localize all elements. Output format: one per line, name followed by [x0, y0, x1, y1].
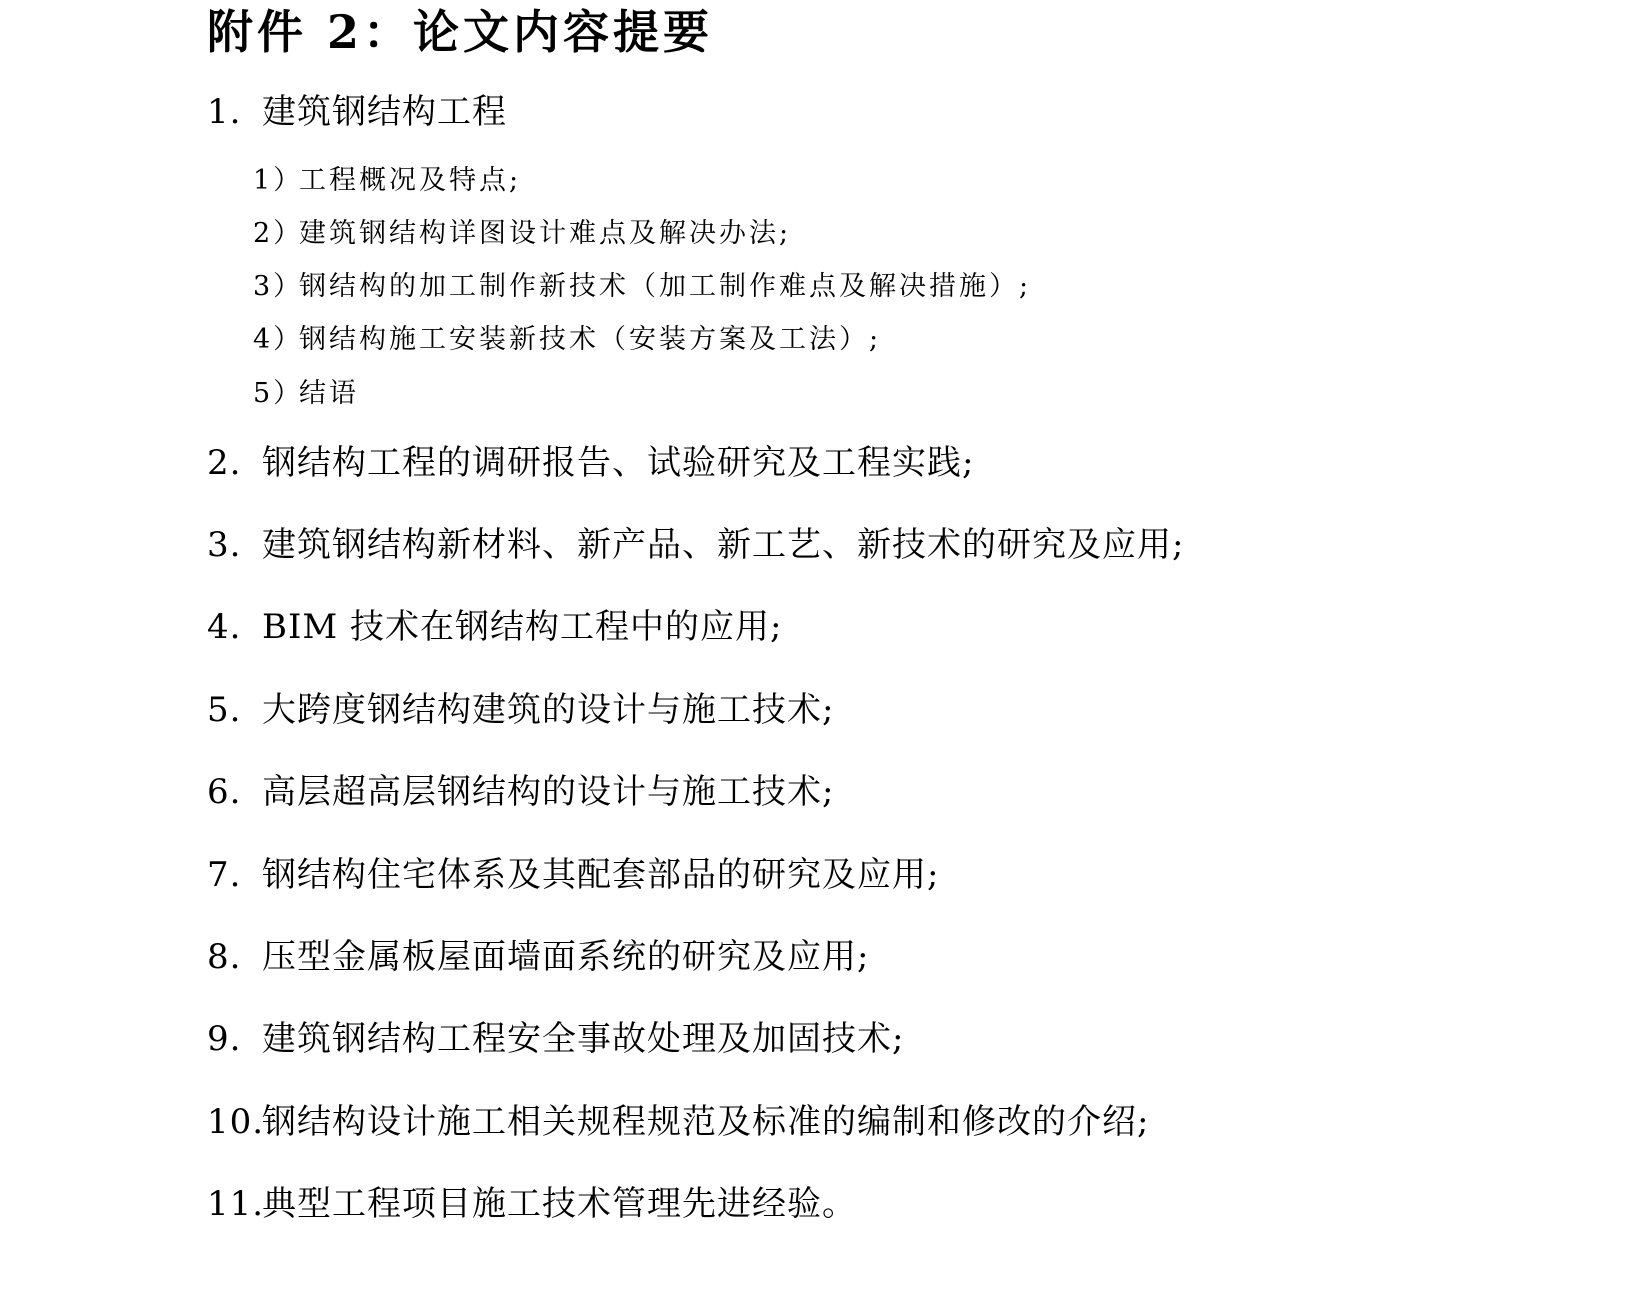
- sub-item-number: 4）: [253, 322, 299, 358]
- list-item-text: 钢结构住宅体系及其配套部品的研究及应用;: [262, 855, 939, 895]
- sub-item-text: 钢结构施工安装新技术（安装方案及工法）;: [299, 324, 881, 355]
- list-item-text: 建筑钢结构工程安全事故处理及加固技术;: [262, 1019, 904, 1059]
- list-item: 4.BIM 技术在钢结构工程中的应用;: [207, 605, 783, 649]
- list-item-number: 5.: [207, 688, 262, 732]
- list-item: 5.大跨度钢结构建筑的设计与施工技术;: [207, 688, 834, 732]
- list-item: 1.建筑钢结构工程: [207, 90, 507, 134]
- sub-item-number: 5）: [253, 376, 299, 412]
- sub-item-number: 2）: [253, 216, 299, 252]
- list-item-text: 大跨度钢结构建筑的设计与施工技术;: [262, 690, 834, 730]
- document-page: 附件 2：论文内容提要 1.建筑钢结构工程 1）工程概况及特点; 2）建筑钢结构…: [0, 0, 1650, 1294]
- list-item-number: 7.: [207, 853, 262, 897]
- list-item: 8.压型金属板屋面墙面系统的研究及应用;: [207, 935, 869, 979]
- list-item-text: 压型金属板屋面墙面系统的研究及应用;: [262, 937, 869, 977]
- list-item: 9.建筑钢结构工程安全事故处理及加固技术;: [207, 1017, 904, 1061]
- list-item-text: 高层超高层钢结构的设计与施工技术;: [262, 772, 834, 812]
- sub-list-item: 3）钢结构的加工制作新技术（加工制作难点及解决措施）;: [253, 269, 1031, 305]
- sub-item-text: 工程概况及特点;: [299, 165, 521, 196]
- list-item-number: 1.: [207, 90, 262, 134]
- list-item-text: 建筑钢结构新材料、新产品、新工艺、新技术的研究及应用;: [262, 525, 1184, 565]
- sub-list-item: 2）建筑钢结构详图设计难点及解决办法;: [253, 216, 791, 252]
- list-item-number: 9.: [207, 1017, 262, 1061]
- sub-item-number: 3）: [253, 269, 299, 305]
- sub-list-item: 1）工程概况及特点;: [253, 163, 521, 199]
- page-title: 附件 2：论文内容提要: [207, 0, 713, 64]
- list-item-number: 3.: [207, 523, 262, 567]
- list-item-number: 4.: [207, 605, 262, 649]
- sub-list-item: 5）结语: [253, 376, 359, 412]
- list-item-number: 10.: [207, 1100, 262, 1144]
- list-item: 11.典型工程项目施工技术管理先进经验。: [207, 1182, 857, 1226]
- list-item: 7.钢结构住宅体系及其配套部品的研究及应用;: [207, 853, 939, 897]
- sub-list-item: 4）钢结构施工安装新技术（安装方案及工法）;: [253, 322, 881, 358]
- list-item-number: 11.: [207, 1182, 262, 1226]
- sub-item-text: 结语: [299, 378, 359, 409]
- list-item-text: 建筑钢结构工程: [262, 92, 507, 132]
- list-item: 2.钢结构工程的调研报告、试验研究及工程实践;: [207, 441, 974, 485]
- list-item-text: 钢结构设计施工相关规程规范及标准的编制和修改的介绍;: [262, 1102, 1149, 1142]
- list-item: 3.建筑钢结构新材料、新产品、新工艺、新技术的研究及应用;: [207, 523, 1184, 567]
- sub-item-text: 建筑钢结构详图设计难点及解决办法;: [299, 218, 791, 249]
- list-item: 6.高层超高层钢结构的设计与施工技术;: [207, 770, 834, 814]
- list-item-number: 2.: [207, 441, 262, 485]
- sub-item-number: 1）: [253, 163, 299, 199]
- list-item-number: 6.: [207, 770, 262, 814]
- list-item: 10.钢结构设计施工相关规程规范及标准的编制和修改的介绍;: [207, 1100, 1149, 1144]
- list-item-number: 8.: [207, 935, 262, 979]
- sub-item-text: 钢结构的加工制作新技术（加工制作难点及解决措施）;: [299, 271, 1031, 302]
- list-item-text: 钢结构工程的调研报告、试验研究及工程实践;: [262, 443, 974, 483]
- list-item-text: BIM 技术在钢结构工程中的应用;: [262, 607, 783, 647]
- list-item-text: 典型工程项目施工技术管理先进经验。: [262, 1184, 857, 1224]
